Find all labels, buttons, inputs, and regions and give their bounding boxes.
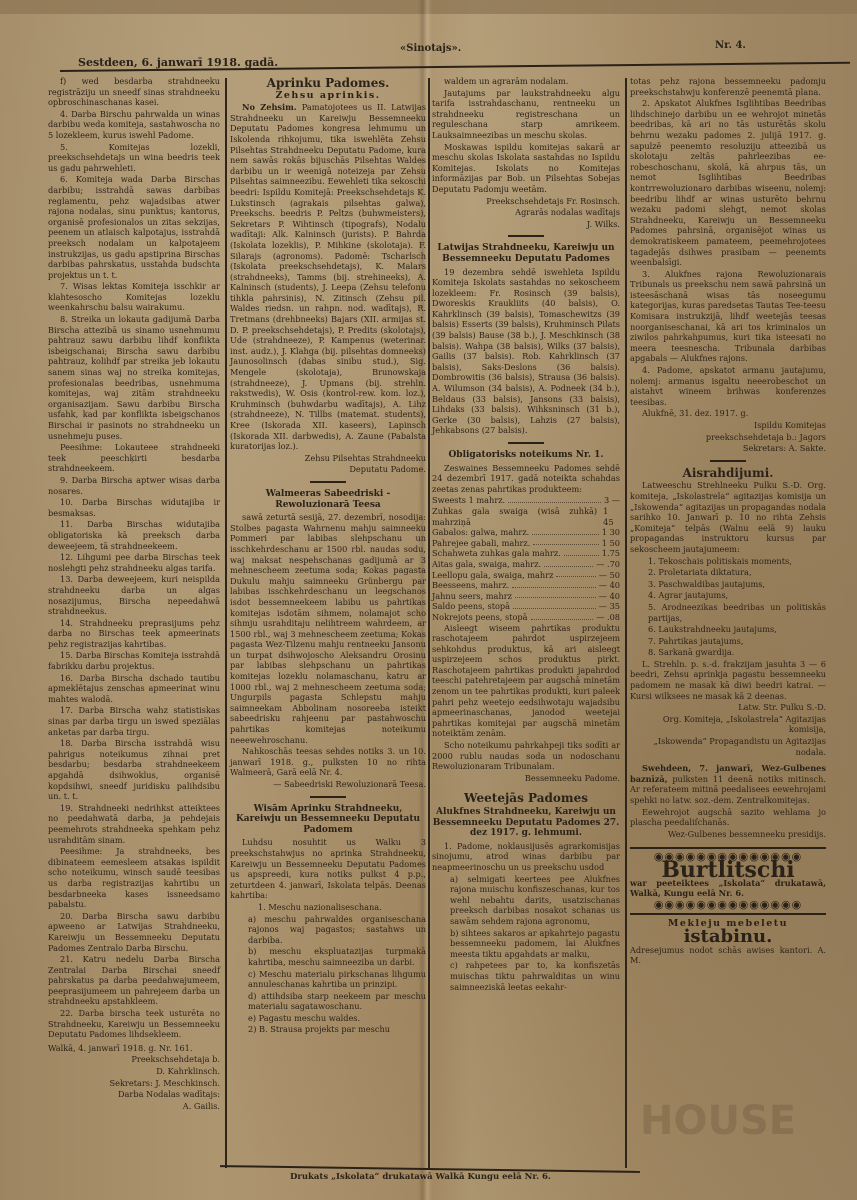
price-row: Pahrejee gabali, mahrz.1 50 [432,538,620,549]
ornament-border: ◉◉◉◉◉◉◉◉◉◉◉◉◉◉ [630,900,826,911]
signature-block: Ispildu Komitejaspreekschsehdetaja b.: J… [630,420,826,454]
price-value: — 35 [599,601,620,612]
signature-line: Preekschsehdetajs Fr. Rosinsch. [432,196,620,207]
article-body: 3. Alukfnes rajona Rewoluzionarais Tribu… [630,269,826,364]
separator [710,460,746,462]
price-item: Aitas gala, swaiga, mahrz. [432,559,541,570]
signature-line: J. Wilks. [432,219,620,230]
paragraph: 17. Darba Birscha wahz statistiskas sina… [48,705,220,737]
paragraph: 18. Darba Birscha isstrahdā wisu pahrigu… [48,738,220,802]
article-body: Latweeschu Strehlneeku Pulku S.-D. Org. … [630,480,826,554]
article-title: Walmeeras Sabeedriski - Rewoluzionarā Te… [230,489,426,510]
paragraph: 6. Komiteja wada Darba Birschas darbibu;… [48,174,220,280]
ad-text: war peeteiktees „Iskolata“ drukatawā, Wa… [630,878,826,899]
price-list: Sweests 1 mahrz.3 —Zuhkas gala swaiga (w… [432,495,620,622]
signature-line: Sekretars: A. Sakte. [630,443,826,454]
place-date: Walkā, 4. janwarī 1918. g. Nr. 161. [48,1043,220,1054]
signature-block: Wez-Gulbenes bessemneeku presidijs. [630,829,826,840]
topic-item: 7. Pahrtikas jautajums, [630,636,826,647]
resolution-list: a) selmigati keertees pee Alukfnes rajon… [432,874,620,993]
paragraph: 4. Darba Birschu pahrwalda un winas darb… [48,109,220,141]
article-body: Swehdeen, 7. janwarī, Wez-Gulbenes baznī… [630,763,826,805]
signature-line: D. Kahrklinsch. [48,1066,220,1077]
paragraph: 12. Lihgumi pee darba Birschas teek nosl… [48,552,220,573]
signature-block: Preekschsehdetajs Fr. Rosinsch.Agrarās n… [432,196,620,230]
column-divider [225,78,227,1168]
signature-line: Preekschsehdetaja b. [48,1054,220,1065]
paragraph: 19. Strahdneeki nedrihkst atteiktees no … [48,803,220,845]
separator [508,235,544,237]
column-4: totas pehz rajona bessemneeku padomju pr… [630,76,826,967]
price-value: — 40 [599,580,620,591]
price-item: Nokrejots peens, stopā [432,612,528,623]
paragraph: f) wed besdarba strahdneeku registrāziju… [48,76,220,108]
printer-imprint: Drukats „Iskolata“ drukatawā Walkā Kungu… [290,1172,551,1182]
article-body: 19 dezembra sehdē iswehleta Ispildu Komi… [432,267,620,437]
signature-block: Preekschsehdetaja b.D. Kahrklinsch.Sekre… [48,1054,220,1111]
paragraph: 22. Darba birscha teek usturēta no Strah… [48,1008,220,1040]
leader-dots [515,591,596,599]
paragraph: waldem un agrarām nodalam. [432,76,620,87]
agenda-item: 2) B. Strausa projekts par meschu [230,1024,426,1035]
article-body: Aisleegt wiseem pahrtikas produktu rasch… [432,623,620,740]
paragraph: 5. Komitejas lozekli, preekschsehdetajs … [48,142,220,174]
signature: — Sabeedriski Rewoluzionarā Teesa. [230,779,426,790]
leader-dots [556,570,595,578]
agenda-item: c) Meschu materialu pirkschanas lihgumu … [230,969,426,990]
price-item: Jahnu seers, mahrz [432,591,512,602]
column-divider [625,78,627,1168]
price-row: Beesseens, mahrz.— 40 [432,580,620,591]
article-title: Latwijas Strahdneeku, Kareiwju un Bessem… [432,243,620,264]
column-1: f) wed besdarba strahdneeku registrāziju… [48,76,220,1112]
price-row: Sweests 1 mahrz.3 — [432,495,620,506]
resolution-item: b) sihtees sakaros ar apkahrtejo pagastu… [432,928,620,960]
article-body: Eewehrojot augschā sazito wehlama jo pla… [630,807,826,828]
price-value: — 40 [599,591,620,602]
paragraph: Jautajums par laukstrahdneeku algu tarif… [432,88,620,141]
signature: Bessemneeku Padome. [432,773,620,784]
price-item: Gabalos: galwa, mahrz. [432,527,529,538]
paragraph: Peesihme: Ja strahdneeks, bes dibinateem… [48,846,220,910]
signature-line: Agrarās nodalas wadītajs [432,207,620,218]
topic-list: 1. Tekoschais politiskais moments,2. Pro… [630,556,826,658]
price-item: Zuhkas gala swaiga (wisā zuhkā) mahrziņā [432,506,597,527]
signature-line: Zehsu Pilsehtas Strahdneeku [230,453,426,464]
leader-dots [564,548,599,556]
price-row: Schahweta zuhkas gala mahrz.1.75 [432,548,620,559]
agenda-item: d) attihdsiba starp neekeem par meschu m… [230,991,426,1012]
column-2: Aprinku Padomes. Zehsu aprinkis. No Zehs… [230,76,426,1036]
topic-item: 2. Proletariata diktatura, [630,567,826,578]
price-item: Leellopu gala, swaiga, mahrz [432,570,553,581]
agenda-item: e) Pagastu meschu waldes. [230,1013,426,1024]
topic-item: 5. Arodneezikas beedribas un politiskās … [630,602,826,623]
separator [310,796,346,798]
separator [310,481,346,483]
price-value: 1 45 [603,506,620,527]
article-body: sawā zeturtā sesijā, 27. dezembrī, nosod… [230,512,426,745]
paragraph: 11. Darba Birschas widutajiba obligatori… [48,519,220,551]
leader-dots [508,495,601,503]
price-value: 1.75 [602,548,620,559]
article-body: Pamatojotees us II. Latwijas Strahdneeku… [230,102,426,451]
price-item: Pahrejee gabali, mahrz. [432,538,530,549]
signature-line: Wez-Gulbenes bessemneeku presidijs. [630,829,826,840]
section-title: Aprinku Padomes. [230,78,426,89]
price-row: Aitas gala, swaiga, mahrz.— .70 [432,559,620,570]
paragraph: 14. Strahdneeku preprasijums pehz darba … [48,618,220,650]
article-body: Luhdsu nosuhtit us Walku 3 preekschstahw… [230,837,426,901]
paragraph: 9. Darba Birscha aptwer wisas darba nosa… [48,475,220,496]
price-row: Gabalos: galwa, mahrz.1 30 [432,527,620,538]
topic-item: 4. Agrar jautajums, [630,590,826,601]
price-row: Saldo peens, stopā— 35 [432,601,620,612]
price-item: Sweests 1 mahrz. [432,495,505,506]
place-date: Alukfnē, 31. dez. 1917. g. [630,408,826,419]
paragraph: Peesihme: Lokauteee strahdneeki teek pee… [48,442,220,474]
article-continuation: waldem un agrarām nodalam.Jautajums par … [432,76,620,141]
section-title: Weetejās Padomes [432,793,620,804]
price-item: Beesseens, mahrz. [432,580,509,591]
agenda-list: a) meschu pahrwaldes organiseschana rajo… [230,914,426,1036]
agenda-item: a) meschu pahrwaldes organiseschana rajo… [230,914,426,946]
price-row: Jahnu seers, mahrz— 40 [432,591,620,602]
signature-block: Zehsu Pilsehtas StrahdneekuDeputatu Pado… [230,453,426,475]
signature-line: Ispildu Komitejas [630,420,826,431]
paragraph: 13. Darba deweejeem, kuri neispilda stra… [48,574,220,616]
leader-dots [532,527,599,535]
article-body: L. Strehln. p. s.-d. frakzijam jasuhta 3… [630,659,826,701]
price-value: — 50 [599,570,620,581]
agenda-item: b) meschu ekspluatazijas turpmakā kahrti… [230,946,426,967]
price-value: — .08 [596,612,620,623]
section-subtitle: Zehsu aprinkis. [230,91,426,102]
price-value: — .70 [596,559,620,570]
article-body: Scho noteikumu pahrkahpeji tiks sodīti a… [432,740,620,772]
signature-line: Sekretars: J. Meschkinsch. [48,1078,220,1089]
resolution-item: c) rahpetees par to, ka konfiszetās muis… [432,960,620,992]
issue-number: Nr. 4. [715,40,746,51]
signature-line: A. Gailis. [48,1101,220,1112]
price-row: Zuhkas gala swaiga (wisā zuhkā) mahrziņā… [432,506,620,527]
paragraph: 16. Darba Birscha dschado tautibu apmekl… [48,673,220,705]
article-continuation: totas pehz rajona bessemneeku padomju pr… [630,76,826,97]
signature-line: preekschsehdetaja b.: Jagors [630,432,826,443]
watermark: HOUSE [640,1098,796,1144]
ad-title: Burtlitschi [630,865,826,876]
leader-dots [513,601,596,609]
price-row: Leellopu gala, swaiga, mahrz— 50 [432,570,620,581]
article-body: 2. Apskatot Alukfnes Isglihtibas Beedrib… [630,98,826,268]
price-value: 1 30 [602,527,620,538]
paragraph: 8. Streika un lokauta gadijumā Darba Bir… [48,314,220,441]
price-row: Nokrejots peens, stopā— .08 [432,612,620,623]
signature-line: Latw. Str. Pulku S.-D. [630,702,826,713]
topic-item: 3. Paschwaldibas jautajums, [630,579,826,590]
price-value: 1 50 [602,538,620,549]
article-body: Moskawas ispildu komitejas sakarā ar mes… [432,142,620,195]
section-title: Aisrahdijumi. [630,468,826,479]
paragraph: 21. Katru nedelu Darba Birscha Zentralai… [48,954,220,1007]
article-body: 1. Padome, noklausijusēs agrarkomisijas … [432,841,620,873]
signature-block: Latw. Str. Pulku S.-D.Org. Komiteja, „Is… [630,702,826,757]
topic-item: 8. Sarkanā gwardija. [630,647,826,658]
separator [508,442,544,444]
leader-dots [544,559,593,567]
leader-dots [531,612,594,620]
price-item: Saldo peens, stopā [432,601,510,612]
ad-title: istabinu. [630,932,826,943]
signature-line: Deputatu Padome. [230,464,426,475]
article-title: Wisām Aprinku Strahdneeku, Kareiwju un B… [230,804,426,836]
signature-line: Org. Komiteja, „Iskolastrela“ Agitazijas… [630,714,826,735]
topic-item: 1. Tekoschais politiskais moments, [630,556,826,567]
price-value: 3 — [604,495,620,506]
advertisement-room: Mekleju mebeletu istabinu. Adresejumus n… [630,919,826,965]
leader-dots [533,538,598,546]
paragraph: 7. Wisas lektas Komiteja isschkir ar kla… [48,281,220,313]
paragraph: 10. Darba Birschas widutajiba ir besmaks… [48,497,220,518]
paragraph: 15. Darba Birschas Komiteja isstrahdā fa… [48,650,220,671]
article-title: Alukfnes Strahdneeku, Kareiwju un Bessem… [432,807,620,839]
price-item: Schahweta zuhkas gala mahrz. [432,548,561,559]
article-cesis-council: No Zehsim. Pamatojotees us II. Latwijas … [230,102,426,452]
topic-item: 6. Laukstrahdneeku jautajums, [630,624,826,635]
article-body: Nahkoschās teesas sehdes notiks 3. un 10… [230,746,426,778]
leader-dots [512,580,596,588]
column-divider [428,78,430,1168]
signature-line: „Iskowenda“ Propagandistu un Agitazijas … [630,736,826,757]
advertisement-typesetters: ◉◉◉◉◉◉◉◉◉◉◉◉◉◉ Burtlitschi war peeteikte… [630,847,826,915]
newspaper-title: «Sinotajs». [400,43,461,54]
article-body: Zeswaines Bessemneeku Padomes sehdē 24 d… [432,463,620,495]
signature-line: Darba Nodalas wadītajs: [48,1089,220,1100]
article-body: 4. Padome, apskatot armanu jautajumu, no… [630,365,826,407]
paragraph: 20. Darba Birscha sawu darbibu apweeno a… [48,911,220,953]
article-lead: No Zehsim. [242,102,297,112]
ad-text: Adresejumus nodot schās awises kantori. … [630,945,826,966]
agenda-heading: 1. Meschu nazionaliseschana. [230,902,426,913]
column-3: waldem un agrarām nodalam.Jautajums par … [432,76,620,993]
labor-exchange-rules: f) wed besdarba strahdneeku registrāziju… [48,76,220,1040]
article-title: Obligatorisks noteikums Nr. 1. [432,450,620,461]
resolution-item: a) selmigati keertees pee Alukfnes rajon… [432,874,620,927]
